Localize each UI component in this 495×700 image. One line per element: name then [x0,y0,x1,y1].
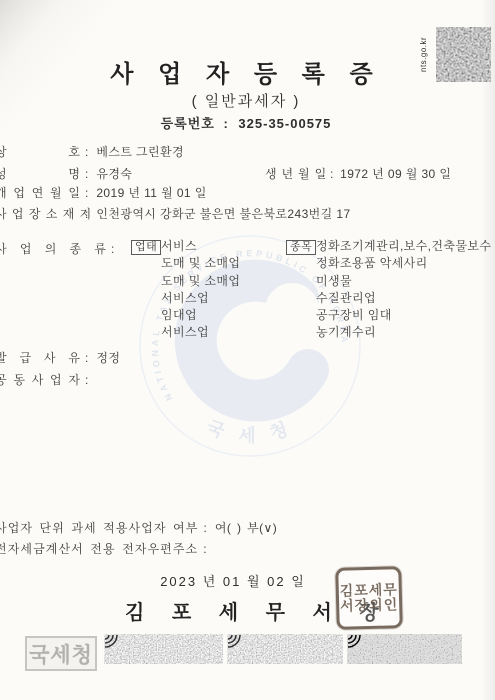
field-row-issue-reason: 발 급 사 유:정정 [0,349,120,366]
fan-icon [228,635,241,648]
registration-number-label: 등록번호 [161,116,215,131]
business-item: 수질관리업 [316,290,491,307]
certificate-page: NATIONAL TAX SERVICE REPUBLIC OF KOREA 국… [0,0,495,700]
unit-taxation-value: 여( ) 부(∨) [215,521,277,535]
co-owner-label: 공 동 사 업 자 [0,371,81,388]
security-strip [227,634,343,664]
colon: : [85,186,89,200]
scan-edge-shading [481,0,495,700]
registration-number-value: 325-35-00575 [238,116,331,131]
field-row-address: 사 업 장 소 재 지:인천광역시 강화군 불은면 불은북로243번길 17 [0,205,351,222]
document-title: 사 업 자 등 록 증 [90,54,402,89]
business-kind-label: 사 업 의 종 류 [0,240,107,257]
field-row-unit-taxation: 사업자 단위 과세 적용사업자 여부:여( ) 부(∨) [0,519,277,536]
birth-date-value: 1972 년 09 월 30 일 [340,167,451,181]
business-item-column: 정화조기계관리,보수,건축물보수 정화조용품 악세사리 미생물 수질관리업 공구… [316,238,491,342]
colon: : [85,145,89,159]
colon: : [111,242,115,256]
birth-date-label: 생 년 월 일 [265,167,327,181]
security-strip [104,634,223,664]
registration-number-line: 등록번호 : 325-35-00575 [90,113,402,132]
issue-reason-label: 발 급 사 유 [0,349,81,366]
nts-ghost-logo-text: 국세청 [29,639,93,669]
address-label: 사 업 장 소 재 지 [0,205,81,222]
field-row-opening-date: 개 업 연 월 일:2019 년 11 월 01 일 [0,184,207,201]
qr-security-code [436,27,491,82]
owner-name-label: 성 명 [0,165,81,182]
business-item: 농기계수리 [316,324,491,341]
colon: : [203,542,207,556]
issue-date: 2023 년 01 월 02 일 [133,571,333,590]
business-type-box-label: 업태 [131,240,161,255]
business-item: 정화조기계관리,보수,건축물보수 [316,238,491,255]
security-strip [347,634,462,664]
fan-icon [105,635,118,648]
issue-reason-value: 정정 [96,351,120,365]
business-type: 서비스 [161,238,240,255]
einvoice-email-label: 전자세금계산서 전용 전자우편주소 [0,542,198,556]
field-row-owner-name: 성 명:유경숙 [0,165,132,182]
business-item-box-label: 종목 [286,240,316,255]
business-item: 공구장비 임대 [316,307,491,324]
field-row-co-owner: 공 동 사 업 자: [0,371,96,388]
trade-name-label: 상 호 [0,143,81,160]
fan-icon [348,635,361,648]
nts-ghost-logo-box: 국세청 [25,636,97,671]
field-row-business-kind: 사 업 의 종 류: [0,240,115,257]
business-item: 미생물 [316,273,491,290]
watermark-korean-text: 국 세 청 [204,416,296,446]
colon: : [85,207,89,221]
business-type: 도매 및 소매업 [161,273,240,290]
business-type: 도매 및 소매업 [161,255,240,272]
field-row-einvoice-email: 전자세금계산서 전용 전자우편주소: [0,540,215,557]
colon: : [330,167,334,181]
trade-name-value: 베스트 그린환경 [96,145,184,159]
business-type: 서비스업 [161,290,240,307]
field-birth-date: 생 년 월 일:1972 년 09 월 30 일 [265,165,451,182]
colon: : [203,521,207,535]
official-seal-stamp: 김포세무 서장의인 [335,566,403,630]
colon: : [223,116,228,131]
business-type: 서비스업 [161,324,240,341]
colon: : [85,351,89,365]
business-item: 정화조용품 악세사리 [316,255,491,272]
opening-date-value: 2019 년 11 월 01 일 [96,186,206,200]
seal-text-line2: 서장의인 [340,597,398,614]
qr-caption: nts.go.kr [419,27,428,82]
business-type-column: 서비스 도매 및 소매업 도매 및 소매업 서비스업 임대업 서비스업 [161,238,240,342]
owner-name-value: 유경숙 [96,167,132,181]
svg-text:국 세 청: 국 세 청 [204,416,296,446]
colon: : [85,373,89,387]
address-value: 인천광역시 강화군 불은면 불은북로243번길 17 [96,207,350,221]
colon: : [85,167,89,181]
taxpayer-type-subtitle: ( 일반과세자 ) [90,90,402,111]
field-row-trade-name: 상 호:베스트 그린환경 [0,143,184,160]
unit-taxation-label: 사업자 단위 과세 적용사업자 여부 [0,521,198,535]
business-type: 임대업 [161,307,240,324]
opening-date-label: 개 업 연 월 일 [0,184,81,201]
